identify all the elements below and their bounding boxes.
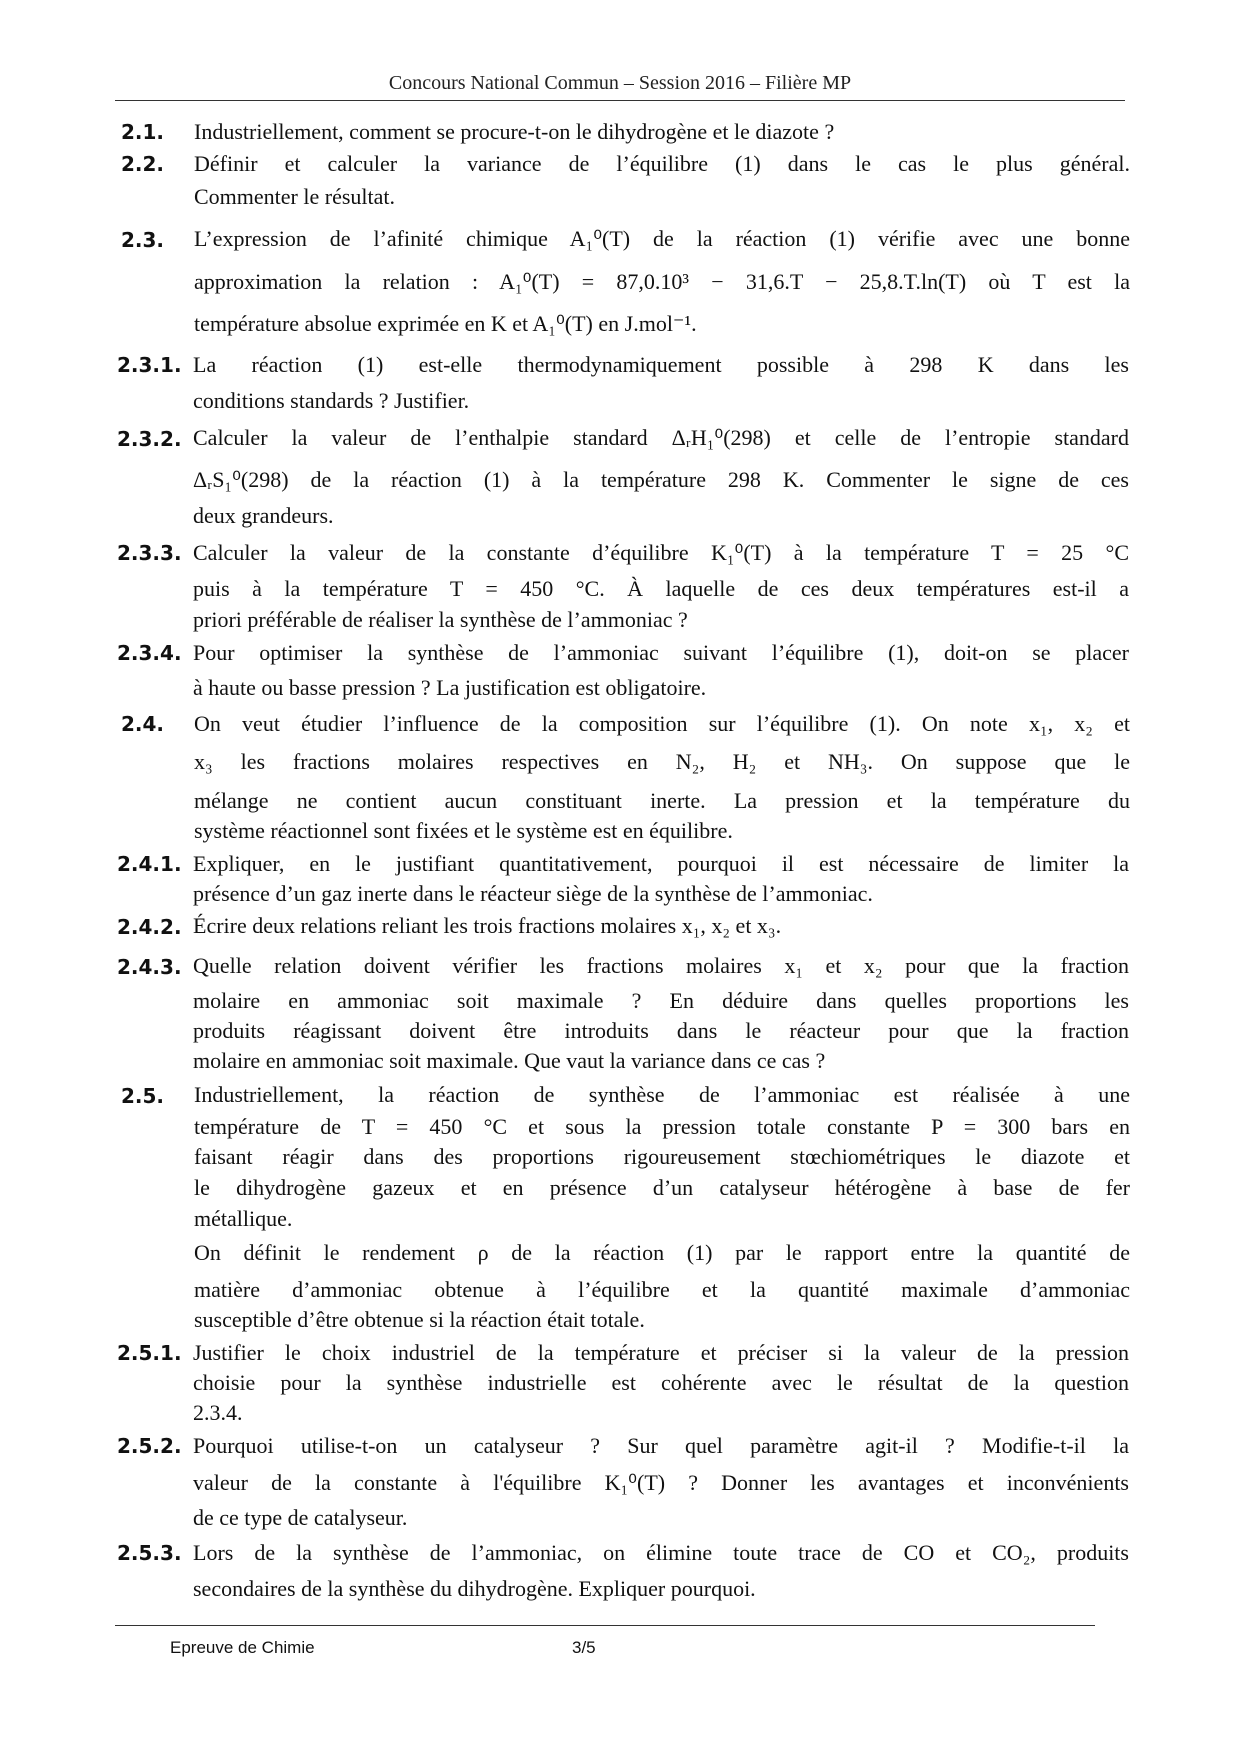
question-number: 2.3.3.	[117, 541, 182, 565]
question-line: 2.3.4.	[193, 1400, 1129, 1426]
question-line: molaire en ammoniac soit maximale ? En d…	[193, 988, 1129, 1014]
question-line: matière d’ammoniac obtenue à l’équilibre…	[194, 1277, 1130, 1303]
question-line: susceptible d’être obtenue si la réactio…	[194, 1307, 1130, 1333]
question-number: 2.4.3.	[117, 955, 182, 979]
question-line: système réactionnel sont fixées et le sy…	[194, 818, 1130, 844]
question-line: Pourquoi utilise-t-on un catalyseur ? Su…	[193, 1433, 1129, 1459]
header-divider	[115, 100, 1125, 101]
question-line: Calculer la valeur de l’enthalpie standa…	[193, 425, 1129, 451]
question-line: à haute ou basse pression ? La justifica…	[193, 675, 1129, 701]
question-number: 2.2.	[121, 152, 164, 176]
question-line: x₃ les fractions molaires respectives en…	[194, 749, 1130, 775]
footer-divider	[115, 1625, 1095, 1626]
question-number: 2.3.4.	[117, 641, 182, 665]
question-line: secondaires de la synthèse du dihydrogèn…	[193, 1576, 1129, 1602]
footer-subject: Epreuve de Chimie	[170, 1638, 315, 1658]
question-line: Justifier le choix industriel de la temp…	[193, 1340, 1129, 1366]
question-line: Expliquer, en le justifiant quantitative…	[193, 851, 1129, 877]
question-line: température de T = 450 °C et sous la pre…	[194, 1114, 1130, 1140]
question-line: Industriellement, la réaction de synthès…	[194, 1082, 1130, 1108]
question-number: 2.5.3.	[117, 1541, 182, 1565]
question-line: de ce type de catalyseur.	[193, 1505, 1129, 1531]
question-number: 2.4.	[121, 712, 164, 736]
question-line: deux grandeurs.	[193, 503, 1129, 529]
question-number: 2.1.	[121, 120, 164, 144]
question-line: choisie pour la synthèse industrielle es…	[193, 1370, 1129, 1396]
question-line: conditions standards ? Justifier.	[193, 388, 1129, 414]
question-number: 2.3.	[121, 228, 164, 252]
question-line: température absolue exprimée en K et A₁⁰…	[194, 311, 1130, 337]
question-line: approximation la relation : A₁⁰(T) = 87,…	[194, 269, 1130, 295]
question-number: 2.5.1.	[117, 1341, 182, 1365]
question-line: le dihydrogène gazeux et en présence d’u…	[194, 1175, 1130, 1201]
page-number: 3/5	[572, 1638, 596, 1658]
question-line: L’expression de l’afinité chimique A₁⁰(T…	[194, 226, 1130, 252]
page-header-title: Concours National Commun – Session 2016 …	[115, 72, 1125, 95]
question-number: 2.3.2.	[117, 427, 182, 451]
question-line: présence d’un gaz inerte dans le réacteu…	[193, 881, 1129, 907]
question-line: La réaction (1) est-elle thermodynamique…	[193, 352, 1129, 378]
question-number: 2.5.2.	[117, 1434, 182, 1458]
question-number: 2.5.	[121, 1084, 164, 1108]
question-line: Quelle relation doivent vérifier les fra…	[193, 953, 1129, 979]
question-line: Lors de la synthèse de l’ammoniac, on él…	[193, 1540, 1129, 1566]
question-line: faisant réagir dans des proportions rigo…	[194, 1144, 1130, 1170]
question-line: priori préférable de réaliser la synthès…	[193, 607, 1129, 633]
question-line: mélange ne contient aucun constituant in…	[194, 788, 1130, 814]
question-line: valeur de la constante à l'équilibre K₁⁰…	[193, 1470, 1129, 1496]
document-page: Concours National Commun – Session 2016 …	[0, 0, 1240, 1754]
question-line: Industriellement, comment se procure-t-o…	[194, 119, 1130, 145]
question-line: métallique.	[194, 1206, 1130, 1232]
question-line: On définit le rendement ρ de la réaction…	[194, 1240, 1130, 1266]
question-number: 2.3.1.	[117, 353, 182, 377]
question-line: Définir et calculer la variance de l’équ…	[194, 151, 1130, 177]
question-line: Écrire deux relations reliant les trois …	[193, 913, 1129, 939]
question-number: 2.4.2.	[117, 915, 182, 939]
question-line: molaire en ammoniac soit maximale. Que v…	[193, 1048, 1129, 1074]
question-line: ΔᵣS₁⁰(298) de la réaction (1) à la tempé…	[193, 467, 1129, 493]
question-line: On veut étudier l’influence de la compos…	[194, 711, 1130, 737]
question-line: Pour optimiser la synthèse de l’ammoniac…	[193, 640, 1129, 666]
question-number: 2.4.1.	[117, 852, 182, 876]
question-line: Commenter le résultat.	[194, 184, 1130, 210]
question-line: Calculer la valeur de la constante d’équ…	[193, 540, 1129, 566]
question-line: puis à la température T = 450 °C. À laqu…	[193, 576, 1129, 602]
question-line: produits réagissant doivent être introdu…	[193, 1018, 1129, 1044]
